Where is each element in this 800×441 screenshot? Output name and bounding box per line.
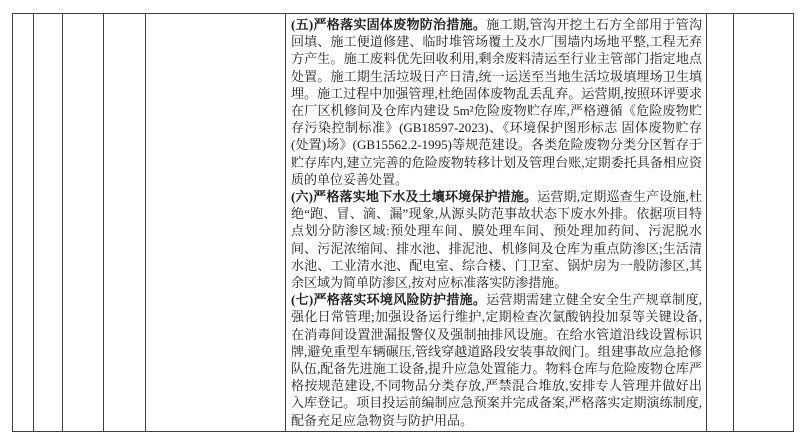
empty-cell-col-5 xyxy=(146,14,286,432)
section-solid-waste-body: 施工期,管沟开挖土石方全部用于管沟回填、施工便道修建、临时堆管场覆土及水厂围墙内… xyxy=(291,17,702,187)
section-groundwater-soil-body: 运营期,定期巡查生产设施,杜绝“跑、冒、滴、漏”现象,从源头防范事故状态下废水外… xyxy=(291,189,702,290)
measures-text-cell: (五)严格落实固体废物防治措施。施工期,管沟开挖土石方全部用于管沟回填、施工便道… xyxy=(286,14,707,432)
section-groundwater-soil: (六)严格落实地下水及土壤环境保护措施。运营期,定期巡查生产设施,杜绝“跑、冒、… xyxy=(291,188,702,291)
section-groundwater-soil-heading: (六)严格落实地下水及土壤环境保护措施。 xyxy=(291,189,537,204)
empty-cell-col-4 xyxy=(104,14,146,432)
empty-cell-col-3 xyxy=(63,14,104,432)
section-solid-waste-heading: (五)严格落实固体废物防治措施。 xyxy=(291,17,486,32)
section-environmental-risk: (七)严格落实环境风险防护措施。运营期需建立健全安全生产规章制度,强化日常管理;… xyxy=(291,291,702,429)
content-table: (五)严格落实固体废物防治措施。施工期,管沟开挖土石方全部用于管沟回填、施工便道… xyxy=(12,13,794,432)
table-row: (五)严格落实固体废物防治措施。施工期,管沟开挖土石方全部用于管沟回填、施工便道… xyxy=(13,14,794,432)
empty-cell-col-8 xyxy=(734,14,794,432)
empty-cell-col-2 xyxy=(34,14,63,432)
section-environmental-risk-heading: (七)严格落实环境风险防护措施。 xyxy=(291,292,486,307)
section-solid-waste: (五)严格落实固体废物防治措施。施工期,管沟开挖土石方全部用于管沟回填、施工便道… xyxy=(291,16,702,188)
empty-cell-col-7 xyxy=(707,14,734,432)
empty-cell-col-1 xyxy=(13,14,34,432)
section-environmental-risk-body: 运营期需建立健全安全生产规章制度,强化日常管理;加强设备运行维护,定期检查次氯酸… xyxy=(291,292,702,427)
